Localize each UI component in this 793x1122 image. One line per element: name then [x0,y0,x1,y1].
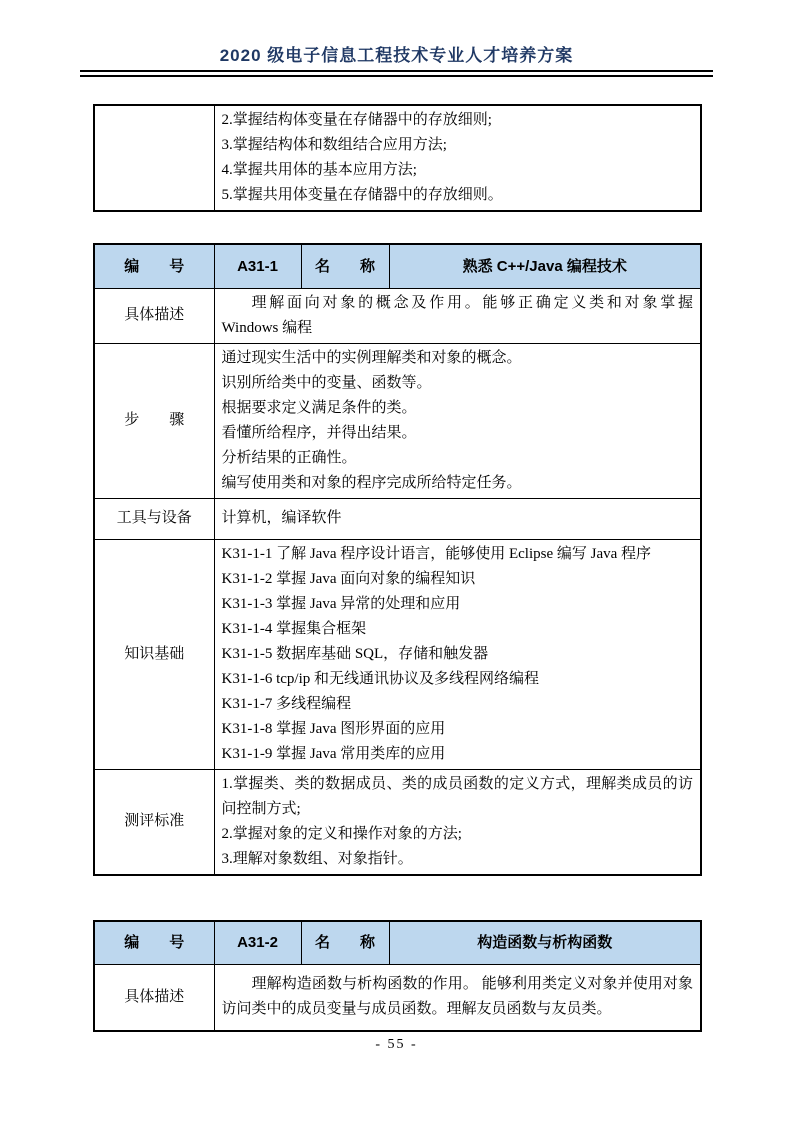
table-row-criteria: 测评标准 1.掌握类、类的数据成员、类的成员函数的定义方式，理解类成员的访问控制… [94,769,701,875]
criteria-label-cell: 测评标准 [94,769,214,875]
steps-label-cell: 步 骤 [94,343,214,498]
task-table-a31-2: 编 号 A31-2 名 称 构造函数与析构函数 具体描述 理解构造函数与析构函数… [93,920,702,1032]
table-row-description: 具体描述 理解构造函数与析构函数的作用。 能够利用类定义对象并使用对象访问类中的… [94,964,701,1031]
knowledge-content-cell: K31-1-1 了解 Java 程序设计语言，能够使用 Eclipse 编写 J… [214,539,701,769]
document-header-title: 2020 级电子信息工程技术专业人才培养方案 [0,41,793,66]
table-header-row: 编 号 A31-2 名 称 构造函数与析构函数 [94,921,701,964]
id-value-cell: A31-1 [214,244,301,288]
knowledge-label-cell: 知识基础 [94,539,214,769]
continuation-table: 2.掌握结构体变量在存储器中的存放细则; 3.掌握结构体和数组结合应用方法; 4… [93,104,702,212]
description-line-2: Windows 编程 [222,316,694,341]
table-row-description: 具体描述 理解面向对象的概念及作用。能够正确定义类和对象掌握 Windows 编… [94,288,701,343]
name-label-cell: 名 称 [301,244,389,288]
tools-label-cell: 工具与设备 [94,498,214,539]
steps-content-cell: 通过现实生活中的实例理解类和对象的概念。 识别所给类中的变量、函数等。 根据要求… [214,343,701,498]
task-table-a31-1: 编 号 A31-1 名 称 熟悉 C++/Java 编程技术 具体描述 理解面向… [93,243,702,876]
description-label-cell: 具体描述 [94,964,214,1031]
name-value-cell: 熟悉 C++/Java 编程技术 [389,244,701,288]
table-row-steps: 步 骤 通过现实生活中的实例理解类和对象的概念。 识别所给类中的变量、函数等。 … [94,343,701,498]
description-label-cell: 具体描述 [94,288,214,343]
table-row-tools: 工具与设备 计算机，编译软件 [94,498,701,539]
document-page: 2020 级电子信息工程技术专业人才培养方案 2.掌握结构体变量在存储器中的存放… [0,0,793,1122]
tools-content-cell: 计算机，编译软件 [214,498,701,539]
description-content-cell: 理解面向对象的概念及作用。能够正确定义类和对象掌握 Windows 编程 [214,288,701,343]
table-row-knowledge: 知识基础 K31-1-1 了解 Java 程序设计语言，能够使用 Eclipse… [94,539,701,769]
id-value-cell: A31-2 [214,921,301,964]
continuation-content-cell: 2.掌握结构体变量在存储器中的存放细则; 3.掌握结构体和数组结合应用方法; 4… [214,105,701,211]
empty-label-cell [94,105,214,211]
name-value-cell: 构造函数与析构函数 [389,921,701,964]
id-label-cell: 编 号 [94,244,214,288]
name-label-cell: 名 称 [301,921,389,964]
table-header-row: 编 号 A31-1 名 称 熟悉 C++/Java 编程技术 [94,244,701,288]
id-label-cell: 编 号 [94,921,214,964]
criteria-content-cell: 1.掌握类、类的数据成员、类的成员函数的定义方式，理解类成员的访问控制方式; 2… [214,769,701,875]
description-line-1: 理解面向对象的概念及作用。能够正确定义类和对象掌握 [222,291,694,316]
page-number: - 55 - [0,1037,793,1053]
table-row: 2.掌握结构体变量在存储器中的存放细则; 3.掌握结构体和数组结合应用方法; 4… [94,105,701,211]
header-double-rule [80,70,713,77]
description-content-cell: 理解构造函数与析构函数的作用。 能够利用类定义对象并使用对象访问类中的成员变量与… [214,964,701,1031]
